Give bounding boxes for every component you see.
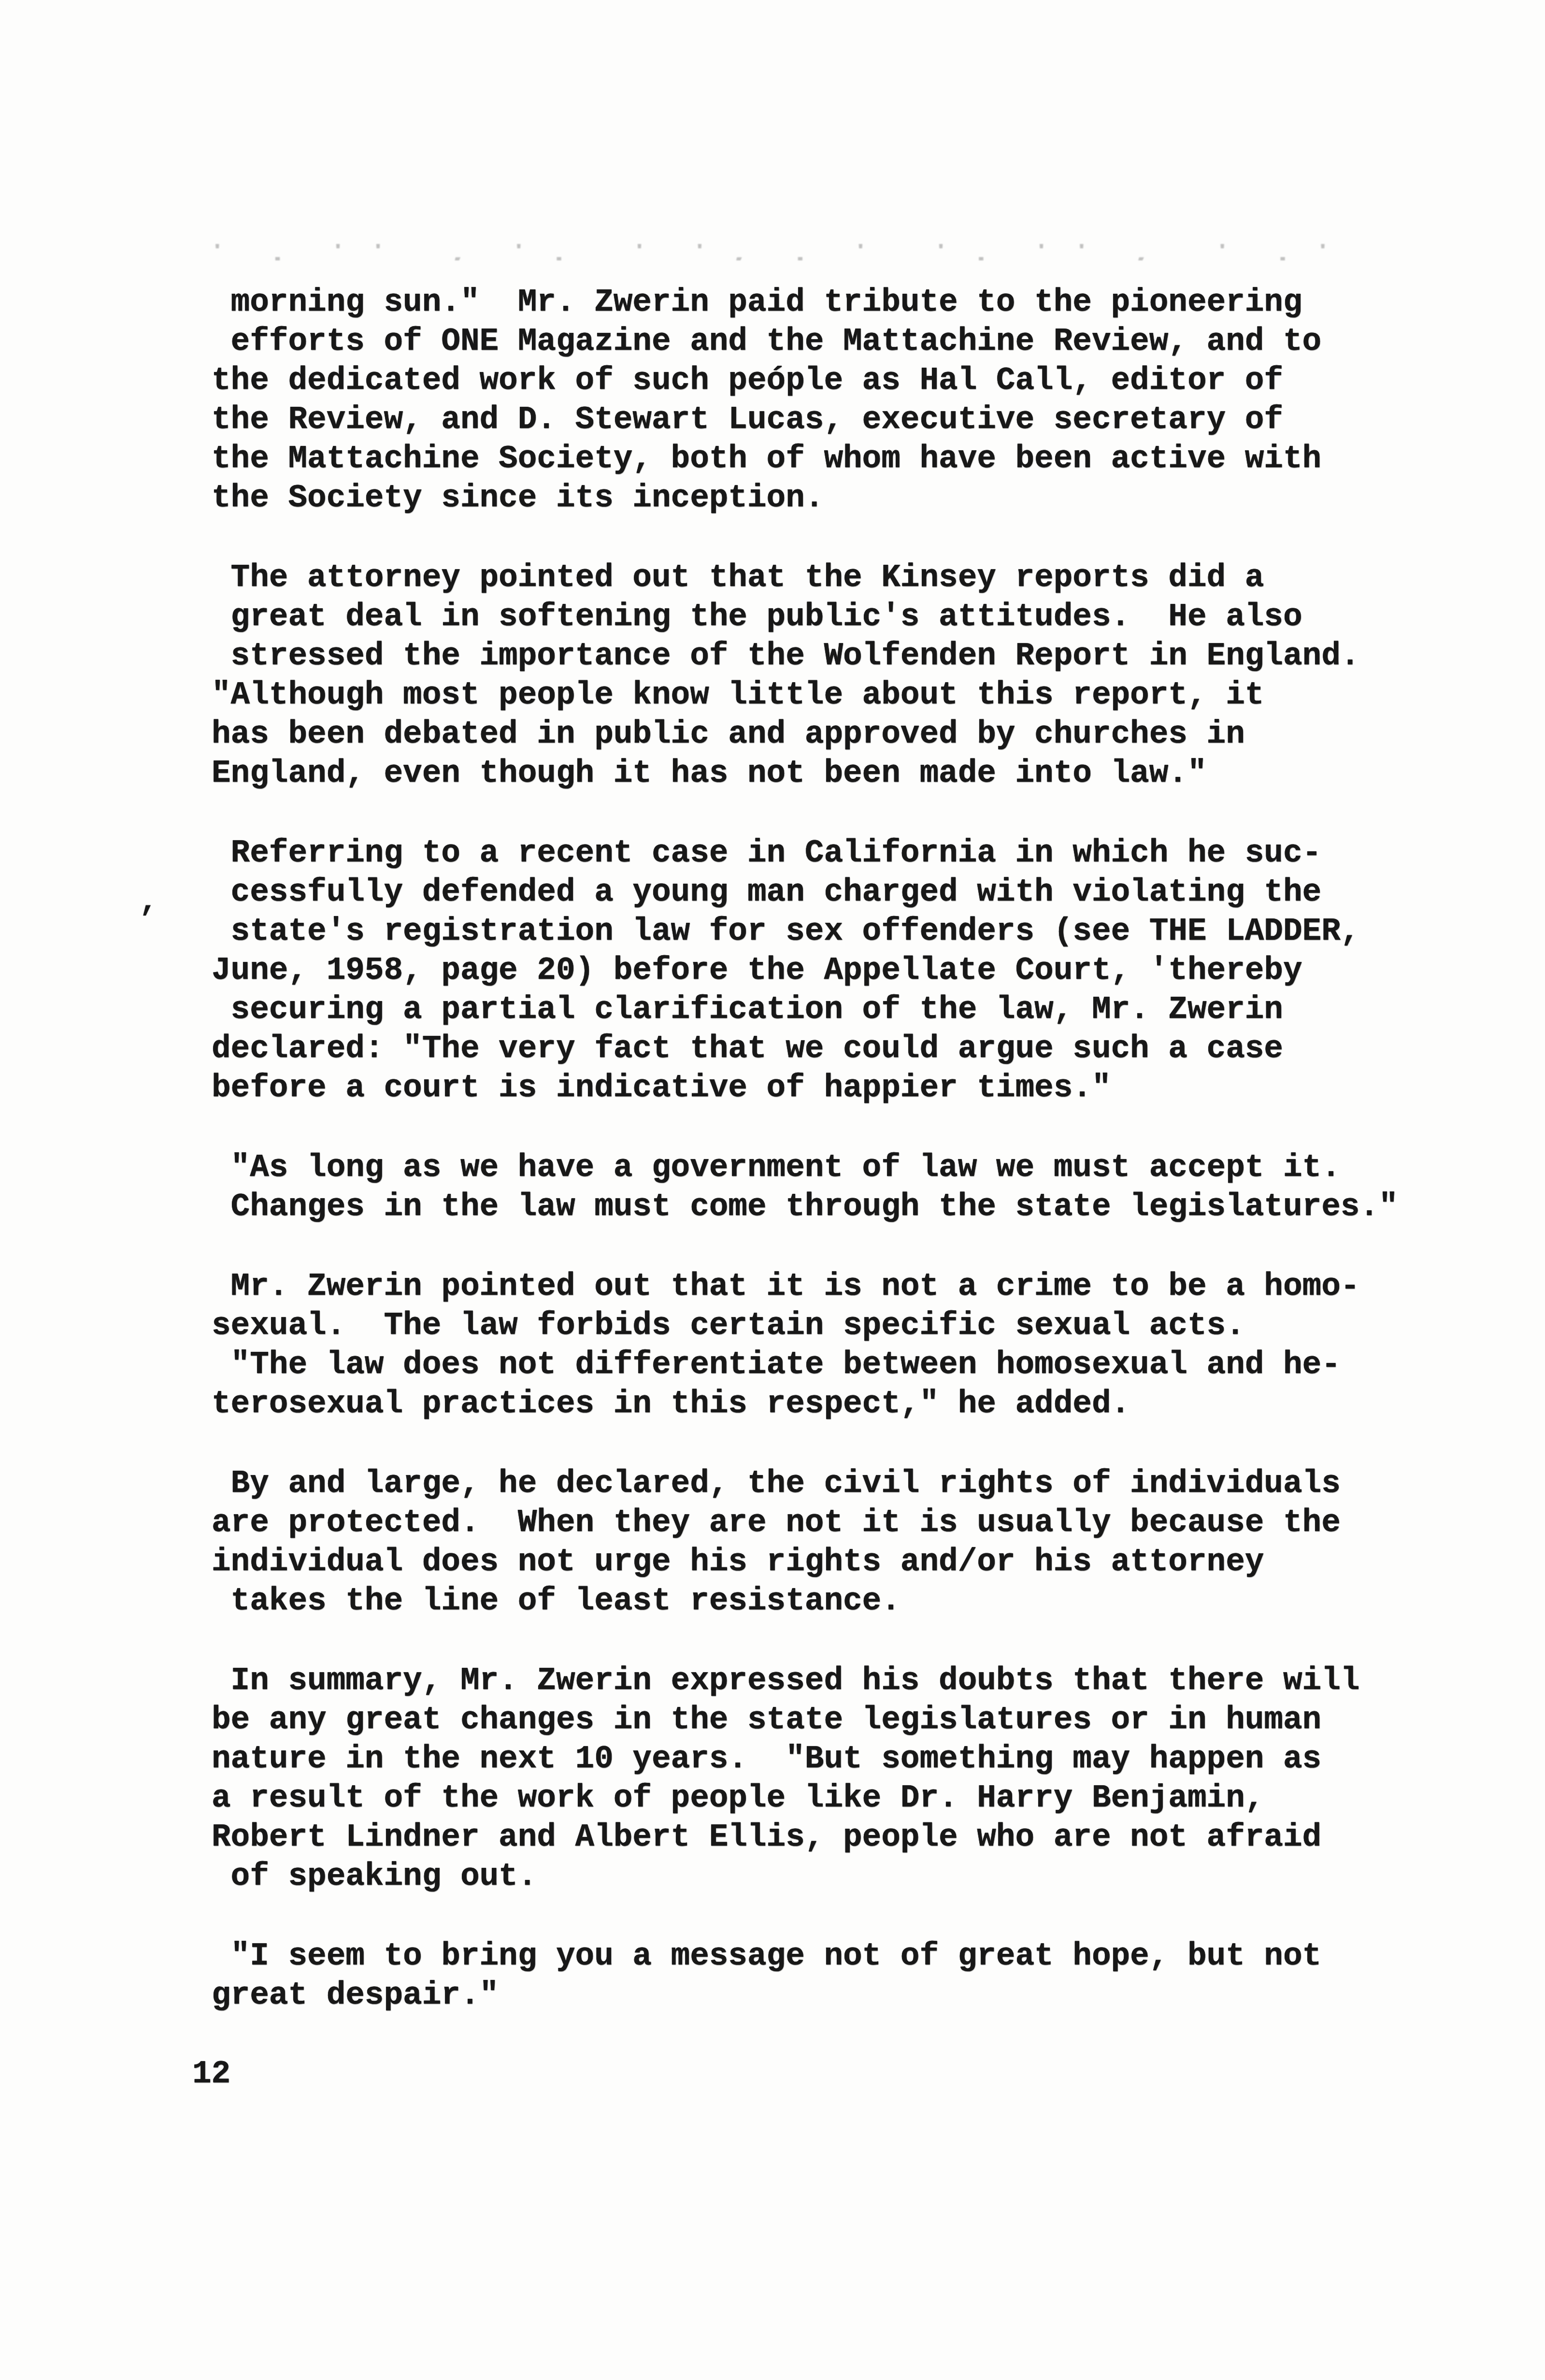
paragraph-4: "As long as we have a government of law …: [212, 1148, 1448, 1226]
body-text: morning sun." Mr. Zwerin paid tribute to…: [212, 283, 1448, 2055]
scan-artifact-ghost-line: ' . ' ' , ' . ' ' , . ' ' . ' ' , ' . ' …: [208, 244, 1377, 260]
paragraph-6: By and large, he declared, the civil rig…: [212, 1464, 1448, 1620]
paragraph-3: Referring to a recent case in California…: [212, 833, 1448, 1107]
paragraph-5: Mr. Zwerin pointed out that it is not a …: [212, 1267, 1448, 1423]
page-number: 12: [192, 2054, 230, 2093]
paragraph-1: morning sun." Mr. Zwerin paid tribute to…: [212, 283, 1448, 517]
document-page: ' . ' ' , ' . ' ' , . ' ' . ' ' , ' . ' …: [0, 0, 1545, 2380]
paragraph-7: In summary, Mr. Zwerin expressed his dou…: [212, 1661, 1448, 1896]
scan-artifact-stray-comma: ,: [139, 883, 158, 919]
paragraph-8: "I seem to bring you a message not of gr…: [212, 1936, 1448, 2015]
paragraph-2: The attorney pointed out that the Kinsey…: [212, 558, 1448, 793]
